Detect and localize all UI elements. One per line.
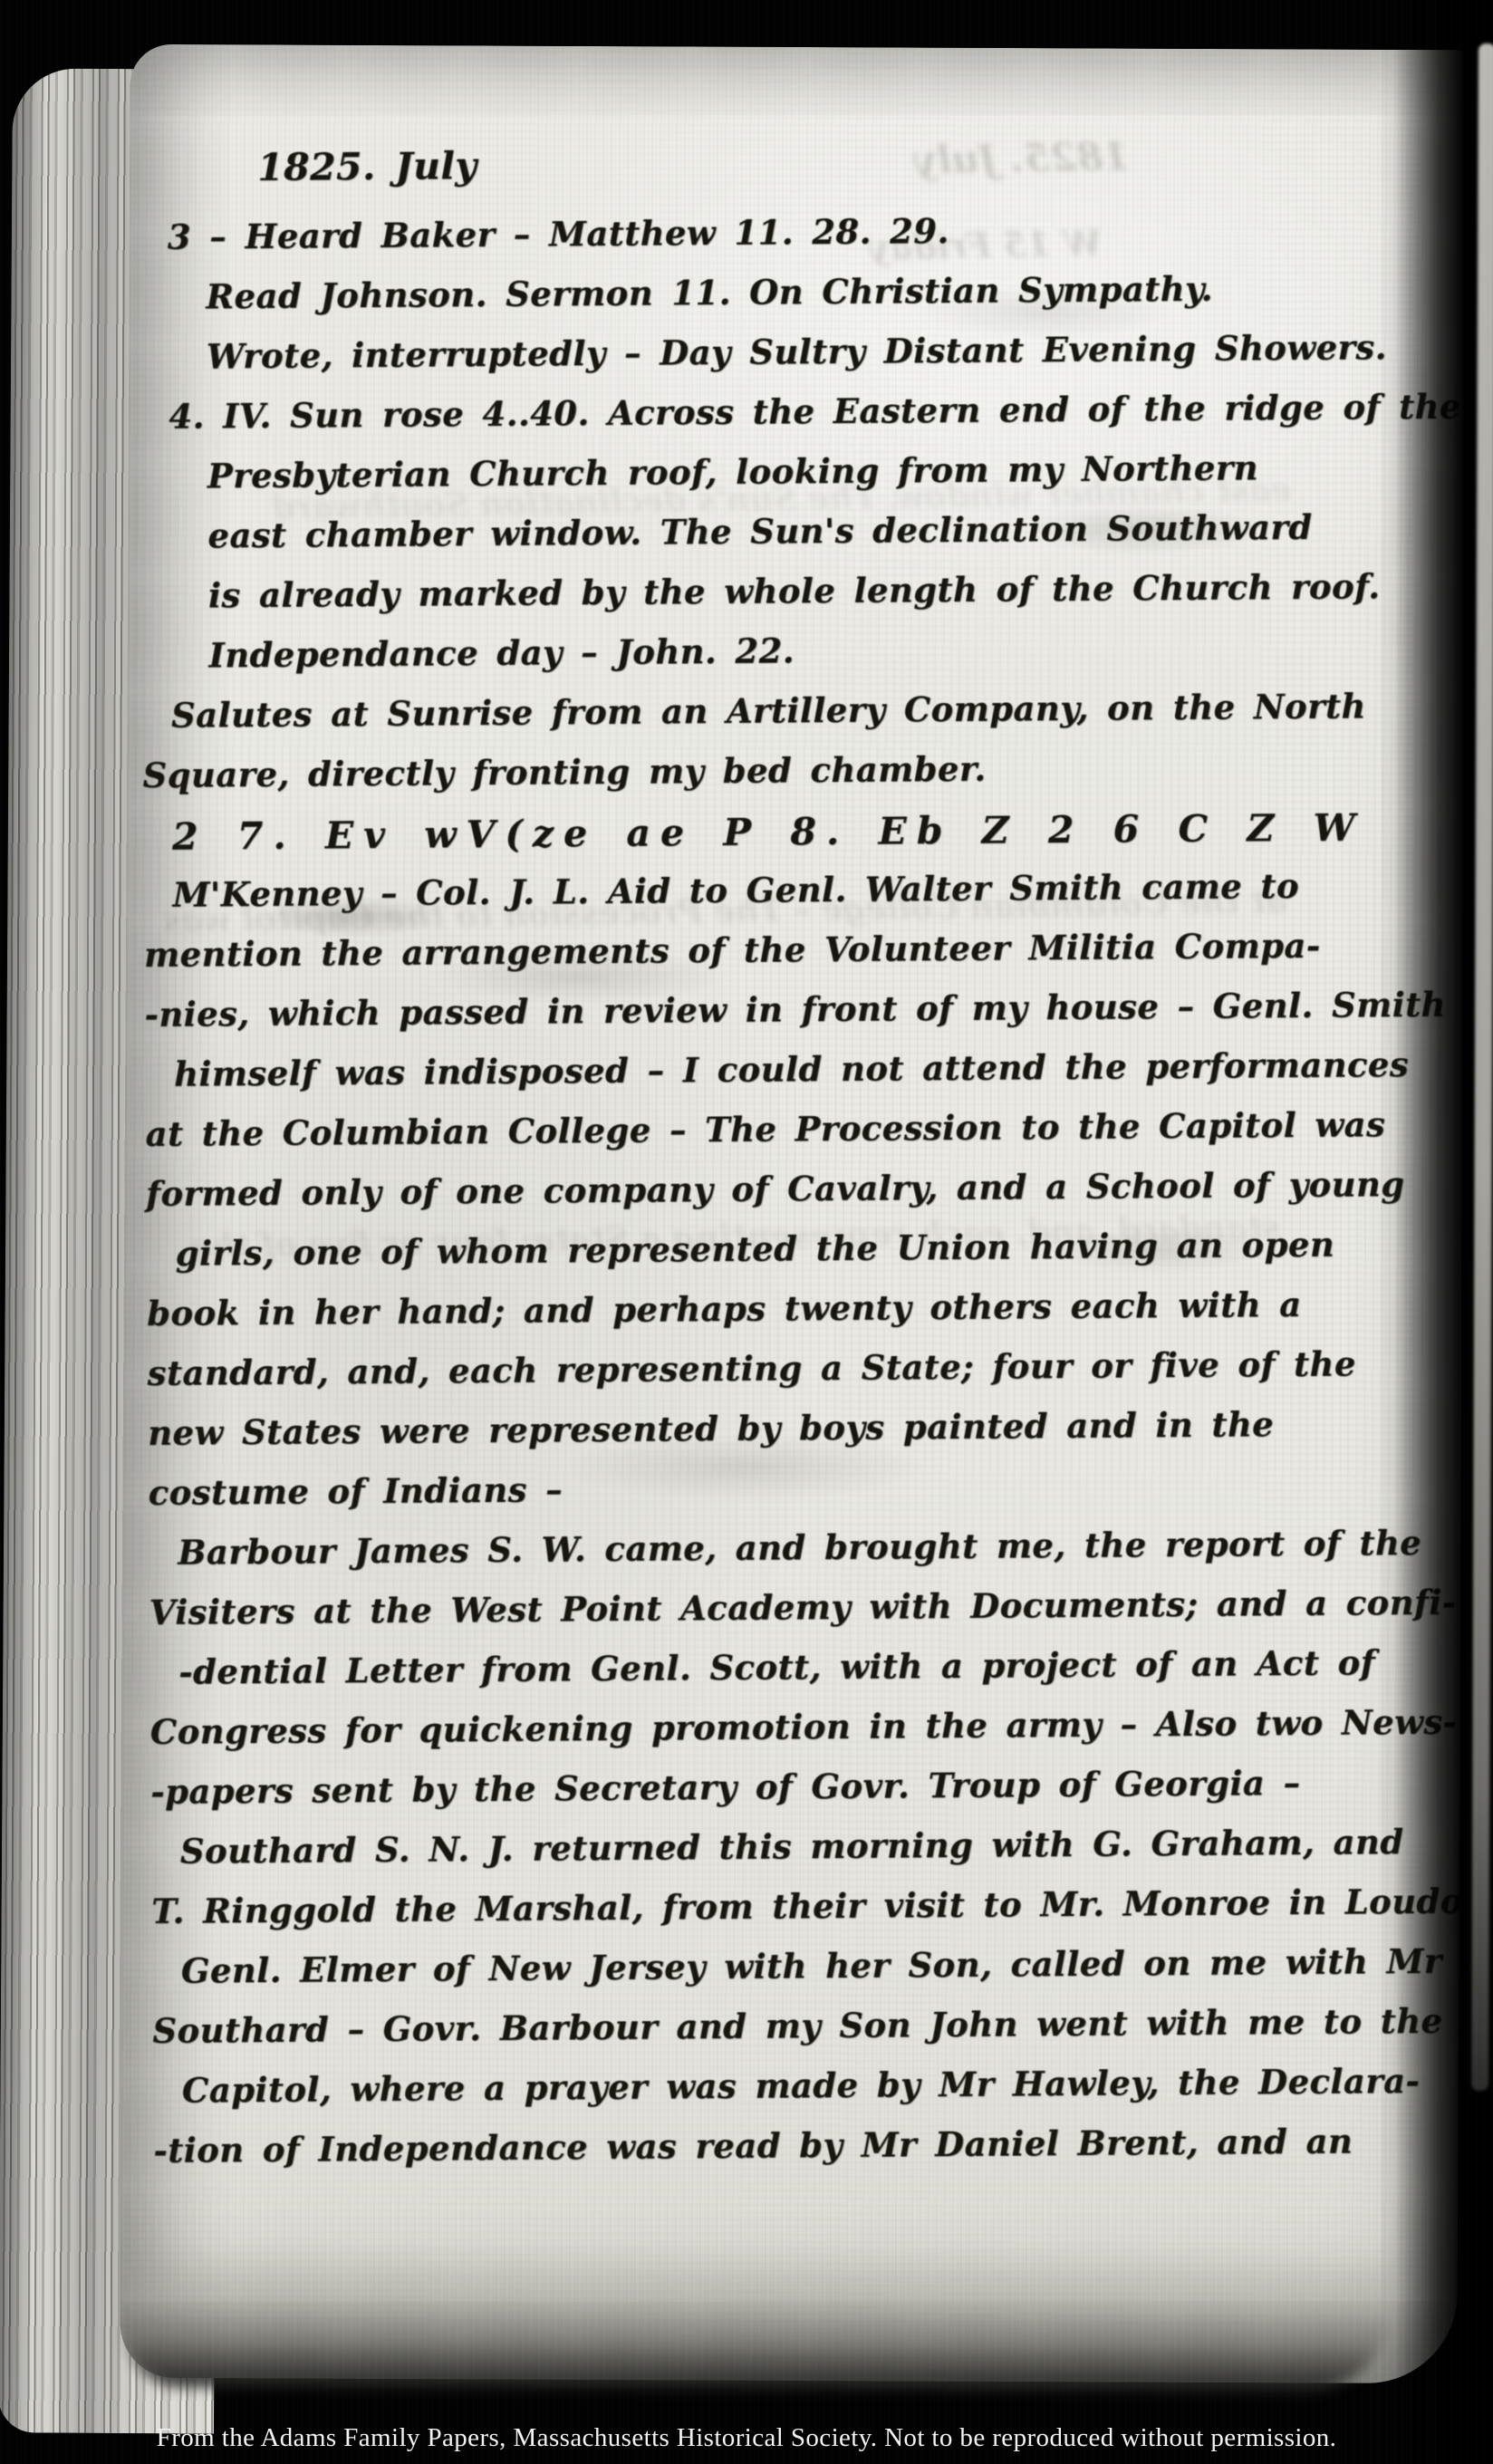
manuscript-line: formed only of one company of Cavalry, a… [146, 1164, 1449, 1234]
manuscript-line: new States were represented by boys pain… [148, 1403, 1450, 1473]
manuscript-line: book in her hand; and perhaps twenty oth… [147, 1284, 1450, 1353]
manuscript-line: Capitol, where a prayer was made by Mr H… [182, 2061, 1456, 2131]
page-heading-date: 1825. July [257, 137, 1441, 217]
photographed-diary-page: 1825. July W 15 Friday at the Columbian … [0, 0, 1493, 2464]
manuscript-line: -dential Letter from Genl. Scott, with a… [178, 1642, 1452, 1712]
manuscript-line: standard, and, each representing a State… [147, 1343, 1450, 1413]
manuscript-line: -nies, which passed in review in front o… [144, 985, 1447, 1054]
manuscript-line: Southard S. N. J. returned this morning … [180, 1822, 1454, 1891]
manuscript-line: Genl. Elmer of New Jersey with her Son, … [181, 1941, 1455, 2011]
manuscript-line: -papers sent by the Secretary of Govr. T… [150, 1762, 1453, 1832]
manuscript-line: Square, directly fronting my bed chamber… [142, 746, 1445, 815]
manuscript-line: Independance day – John. 22. [208, 626, 1444, 696]
manuscript-line: 4. IV. Sun rose 4..40. Across the Easter… [169, 387, 1442, 457]
manuscript-line: girls, one of whom represented the Union… [175, 1224, 1449, 1294]
manuscript-line: is already marked by the whole length of… [208, 566, 1444, 636]
manuscript-line: Presbyterian Church roof, looking from m… [207, 447, 1443, 516]
manuscript-line: Read Johnson. Sermon 11. On Christian Sy… [206, 267, 1441, 337]
manuscript-line: M'Kenney – Col. J. L. Aid to Genl. Walte… [172, 865, 1446, 935]
shorthand-cipher-line: 2 7. Ev wV(ze ae P 8. Eb Z 2 6 C Z W [172, 805, 1446, 875]
manuscript-line: Congress for quickening promotion in the… [150, 1702, 1453, 1772]
manuscript-line: Southard – Govr. Barbour and my Son John… [152, 2001, 1455, 2071]
manuscript-line: Visiters at the West Point Academy with … [149, 1583, 1452, 1652]
manuscript-line: Wrote, interruptedly – Day Sultry Distan… [207, 327, 1442, 397]
manuscript-line: Barbour James S. W. came, and brought me… [178, 1523, 1451, 1593]
manuscript-line: mention the arrangements of the Voluntee… [144, 925, 1447, 995]
manuscript-line: costume of Indians – [148, 1463, 1450, 1533]
manuscript-line: -tion of Independance was read by Mr Dan… [153, 2121, 1456, 2190]
manuscript-line: at the Columbian College – The Processio… [145, 1104, 1448, 1174]
archive-caption: From the Adams Family Papers, Massachuse… [0, 2423, 1493, 2453]
manuscript-line: Salutes at Sunrise from an Artillery Com… [171, 686, 1445, 756]
manuscript-line: T. Ringgold the Marshal, from their visi… [151, 1882, 1454, 1951]
manuscript-line: east chamber window. The Sun's declinati… [207, 506, 1443, 576]
manuscript-line: himself was indisposed – I could not att… [174, 1044, 1448, 1114]
manuscript-lines: 1825. July 3 – Heard Baker – Matthew 11.… [138, 137, 1457, 2190]
manuscript-line: 3 – Heard Baker – Matthew 11. 28. 29. [168, 207, 1441, 277]
